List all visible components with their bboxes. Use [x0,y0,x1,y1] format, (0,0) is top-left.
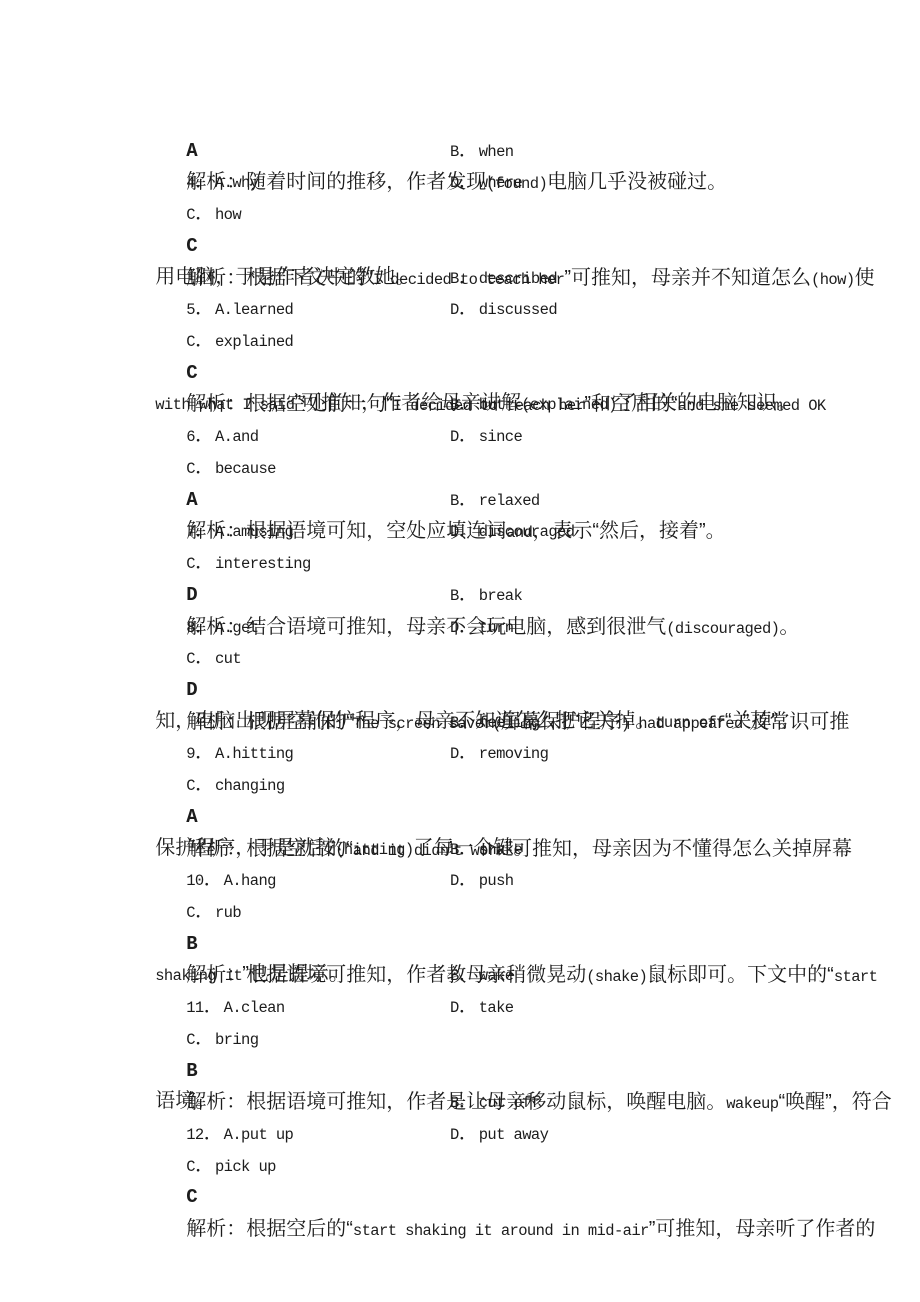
option-right: B．when [450,135,514,169]
explanation-line: C 解析：根据下文中的“I decided to teach her”可推知，母… [133,198,820,230]
option-right: D．where [450,166,522,200]
latin-text: described [479,270,557,288]
answer-letter: C [186,1186,197,1208]
option-right: B．break [450,579,522,613]
latin-text: wake [479,967,514,985]
option-row: C．pick up D．put away [133,1118,820,1150]
latin-text: discouraged [479,523,575,541]
option-right: D．put away [450,1118,548,1152]
option-right: B．wake [450,959,514,993]
latin-text: D [450,999,459,1017]
explanation-continuation-line: with what I said”可推知，作者给母亲讲解(explained)了… [133,357,820,389]
option-right: D．since [450,420,522,454]
latin-text: turn [479,619,514,637]
latin-text: when [479,143,514,161]
explanation-continuation-line: 语境。 [133,1055,820,1087]
latin-text: B [450,714,459,732]
option-row: C．how D．where [133,166,820,198]
option-row: C．rub D．push [133,864,820,896]
latin-text: B [450,967,459,985]
latin-text: start shaking it around in mid-air [353,1222,649,1240]
option-right: D．take [450,991,514,1025]
latin-text: B [450,1094,459,1112]
latin-text: D [450,745,459,763]
explanation-line: C 解析：根据空后的“start shaking it around in mi… [133,1150,820,1182]
option-row: 12．A.put up B．cut off [133,1086,820,1118]
option-row: 10．A.hang B．shake [133,833,820,865]
option-right: D．discouraged [450,515,574,549]
latin-text: cut off [479,1094,540,1112]
latin-text: discussed [479,301,557,319]
explanation-line: A 解析：随着时间的推移，作者发现(found)电脑几乎没被碰过。 [133,103,820,135]
option-row: 6．A.and B．but [133,388,820,420]
latin-text: but [479,396,505,414]
latin-text: B [450,270,459,288]
latin-text: since [479,428,523,446]
explanation-line: C 解析：根据空处前一句“I decided to teach her”和空后的… [133,325,820,357]
option-row: C．cut D．turn [133,611,820,643]
latin-text: D [450,872,459,890]
option-right: B．cut off [450,1086,540,1120]
option-right: D．removing [450,737,548,771]
latin-text: D [450,428,459,446]
latin-text: D [450,174,459,192]
option-row: C．bring D．take [133,991,820,1023]
latin-text: take [479,999,514,1017]
explanation-line: B 解析：根据语境可推知，作者是让母亲移动鼠标，唤醒电脑。wakeup“唤醒”，… [133,1023,820,1055]
latin-text: D [450,523,459,541]
latin-text: D [450,619,459,637]
option-row: C．explained D．discussed [133,293,820,325]
explanation-line: A 解析：根据语境可知，空处应填连词and，表示“然后，接着”。 [133,452,820,484]
latin-text: feeling [479,714,540,732]
option-right: D．push [450,864,514,898]
explanation-continuation-line: 知，电脑出现屏幕保护程序，母亲不知道怎么把它关掉。turn off“关掉”。 [133,674,820,706]
explanation-text: 解析：根据空后的“start shaking it around in mid-… [186,1218,875,1240]
explanation-continuation-line: 用电脑，于是作者决定教她。 [133,230,820,262]
latin-text: D [450,301,459,319]
latin-text: D [450,1126,459,1144]
explanation-line: D 解析：根据空前的“The screen saver(屏幕保护程序) had … [133,642,820,674]
document-page: A 解析：随着时间的推移，作者发现(found)电脑几乎没被碰过。 4．A.wh… [0,0,920,1302]
option-row: 9．A.hitting B．feeling [133,706,820,738]
latin-text: removing [479,745,549,763]
option-row: 7．A.amusing B．relaxed [133,484,820,516]
latin-text: break [479,587,523,605]
option-right: B．but [450,388,505,422]
option-right: D．discussed [450,293,557,327]
latin-text: put away [479,1126,549,1144]
explanation-continuation-line: 保护程序，于是就按(hitting)了每一个键。 [133,801,820,833]
latin-text: B [450,492,459,510]
latin-text: start [834,968,878,986]
explanation-continuation-line: shaking it”也是提示。 [133,928,820,960]
latin-text: where [479,174,523,192]
option-right: B．relaxed [450,484,540,518]
option-row: C．interesting D．discouraged [133,515,820,547]
option-right: B．shake [450,833,522,867]
latin-text: shake [479,841,523,859]
explanation-line: B 解析：根据语境可推知，作者教母亲稍微晃动(shake)鼠标即可。下文中的“s… [133,896,820,928]
option-right: D．turn [450,611,514,645]
latin-text: B [450,841,459,859]
latin-text: B [450,587,459,605]
latin-text: push [479,872,514,890]
latin-text: B [450,396,459,414]
option-right: B．feeling [450,706,540,740]
option-right: B．described [450,262,557,296]
explanation-line: D 解析：结合语境可推知，母亲不会玩电脑，感到很泄气(discouraged)。 [133,547,820,579]
option-row: 8．A.get B．break [133,579,820,611]
option-row: 11．A.clean B．wake [133,959,820,991]
explanation-line: A 解析：根据空后的“and it didn’t work”可推知，母亲因为不懂… [133,769,820,801]
option-row: 4．A.why B．when [133,135,820,167]
option-row: 5．A.learned B．described [133,262,820,294]
option-row: C．because D．since [133,420,820,452]
latin-text: relaxed [479,492,540,510]
option-row: C．changing D．removing [133,737,820,769]
answer-key-content: A 解析：随着时间的推移，作者发现(found)电脑几乎没被碰过。 4．A.wh… [133,103,820,1181]
latin-text: B [450,143,459,161]
